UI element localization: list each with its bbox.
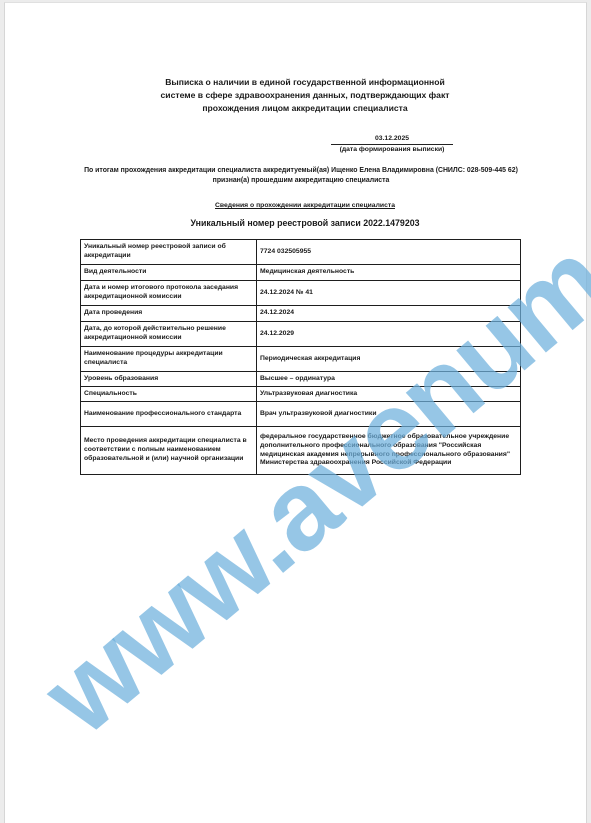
row-value: 24.12.2024 № 41 bbox=[257, 281, 521, 306]
row-value: 24.12.2024 bbox=[257, 306, 521, 322]
row-label: Дата, до которой действительно решение а… bbox=[81, 322, 257, 347]
table-row: Место проведения аккредитации специалист… bbox=[81, 427, 521, 475]
table-row: Наименование профессионального стандарта… bbox=[81, 402, 521, 427]
row-value: федеральное государственное бюджетное об… bbox=[257, 427, 521, 475]
row-label: Наименование процедуры аккредитации спец… bbox=[81, 347, 257, 372]
row-value: Периодическая аккредитация bbox=[257, 347, 521, 372]
table-row: Дата проведения 24.12.2024 bbox=[81, 306, 521, 322]
table-row: Уникальный номер реестровой записи об ак… bbox=[81, 240, 521, 265]
table-row: Уровень образования Высшее – ординатура bbox=[81, 372, 521, 387]
table-row: Специальность Ультразвуковая диагностика bbox=[81, 387, 521, 402]
row-value: Врач ультразвуковой диагностики bbox=[257, 402, 521, 427]
table-row: Вид деятельности Медицинская деятельност… bbox=[81, 265, 521, 281]
table-row: Наименование процедуры аккредитации спец… bbox=[81, 347, 521, 372]
issue-date: 03.12.2025 bbox=[331, 134, 453, 145]
accreditation-statement: По итогам прохождения аккредитации специ… bbox=[77, 166, 525, 186]
row-value: 24.12.2029 bbox=[257, 322, 521, 347]
table-row: Дата и номер итогового протокола заседан… bbox=[81, 281, 521, 306]
document-title: Выписка о наличии в единой государственн… bbox=[105, 76, 505, 115]
row-label: Дата проведения bbox=[81, 306, 257, 322]
table-row: Дата, до которой действительно решение а… bbox=[81, 322, 521, 347]
row-label: Специальность bbox=[81, 387, 257, 402]
row-label: Уровень образования bbox=[81, 372, 257, 387]
issue-date-block: 03.12.2025 (дата формирования выписки) bbox=[331, 134, 453, 155]
issue-date-caption: (дата формирования выписки) bbox=[331, 145, 453, 155]
row-label: Наименование профессионального стандарта bbox=[81, 402, 257, 427]
section-heading: Сведения о прохождении аккредитации спец… bbox=[155, 202, 455, 209]
row-label: Уникальный номер реестровой записи об ак… bbox=[81, 240, 257, 265]
row-label: Дата и номер итогового протокола заседан… bbox=[81, 281, 257, 306]
document-page: Выписка о наличии в единой государственн… bbox=[4, 2, 587, 823]
row-label: Место проведения аккредитации специалист… bbox=[81, 427, 257, 475]
row-value: Высшее – ординатура bbox=[257, 372, 521, 387]
row-label: Вид деятельности bbox=[81, 265, 257, 281]
registry-number-heading: Уникальный номер реестровой записи 2022.… bbox=[125, 218, 485, 228]
accreditation-details-table: Уникальный номер реестровой записи об ак… bbox=[80, 239, 521, 475]
row-value: 7724 032505955 bbox=[257, 240, 521, 265]
row-value: Медицинская деятельность bbox=[257, 265, 521, 281]
row-value: Ультразвуковая диагностика bbox=[257, 387, 521, 402]
